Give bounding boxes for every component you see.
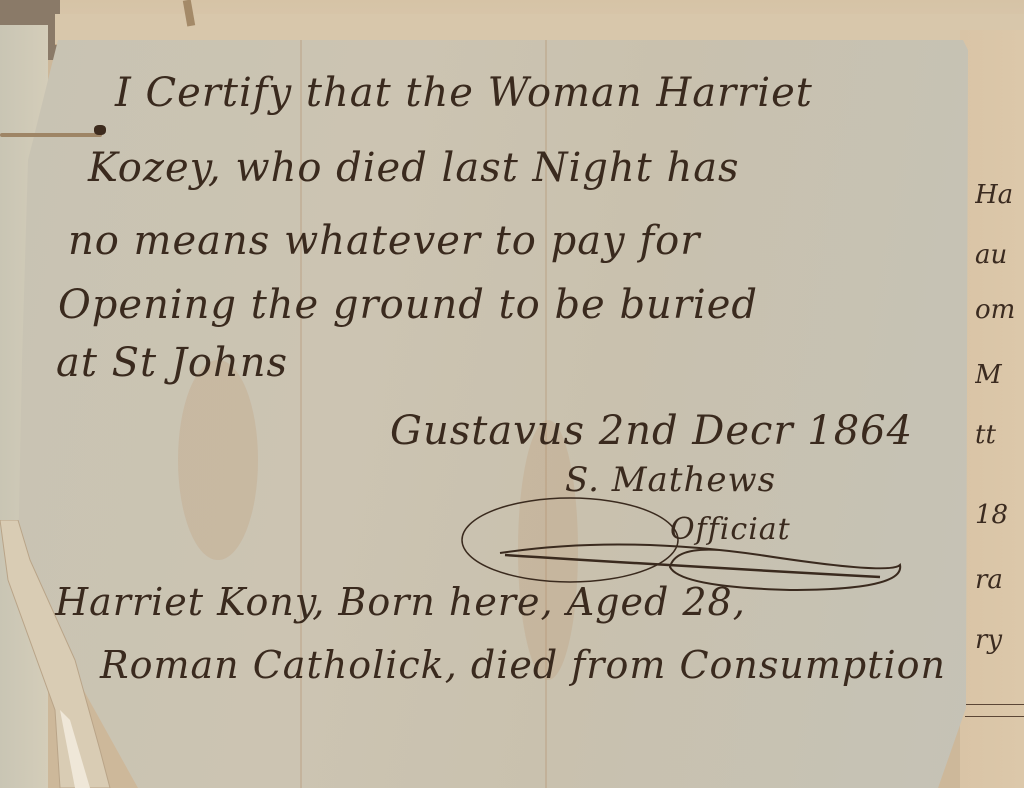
background-fragment: 18: [975, 500, 1024, 530]
background-sheet-right: [960, 30, 1024, 788]
text-line-2: Kozey, who died last Night has: [88, 145, 740, 191]
text-line-4: Opening the ground to be buried: [58, 282, 758, 328]
background-fragment: ra: [975, 565, 1024, 595]
text-line-3: no means whatever to pay for: [68, 218, 700, 264]
note-line-2: Roman Catholick, died from Consumption: [100, 643, 946, 687]
background-fragment: tt: [975, 420, 1024, 450]
binding-string: [0, 133, 102, 137]
background-fragment: om: [975, 295, 1024, 325]
folded-paper-edge: [0, 520, 160, 788]
ruled-line: [965, 704, 1024, 705]
background-fragment: au: [975, 240, 1024, 270]
text-line-1: I Certify that the Woman Harriet: [115, 70, 813, 116]
background-fragment: M: [975, 360, 1024, 390]
string-hole: [94, 125, 106, 135]
ruled-line: [965, 716, 1024, 717]
paper-stain: [178, 360, 258, 560]
place-date: Gustavus 2nd Decr 1864: [390, 408, 913, 454]
background-fragment: ry: [975, 625, 1024, 655]
signature: S. Mathews: [565, 460, 776, 500]
text-line-5: at St Johns: [56, 340, 288, 386]
background-fragment: Ha: [975, 180, 1024, 210]
